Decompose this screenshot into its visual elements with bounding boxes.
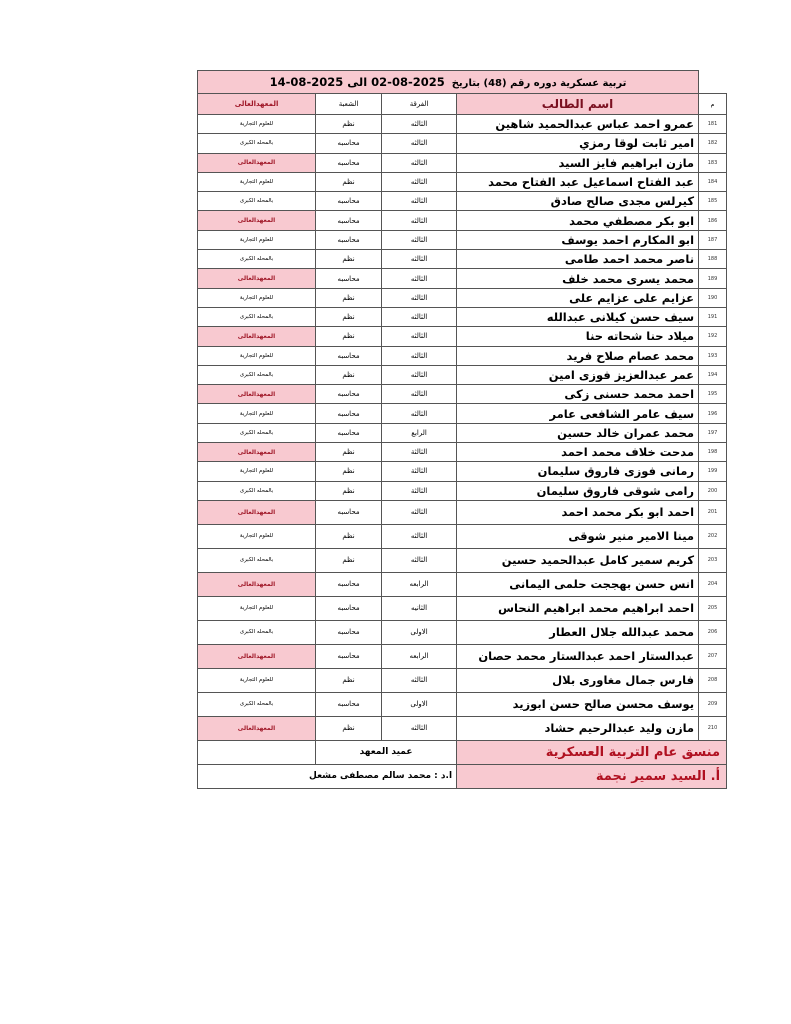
row-branch: نظم bbox=[316, 524, 382, 548]
row-serial: 207 bbox=[699, 644, 727, 668]
row-institute: المعهدالعالى bbox=[198, 572, 316, 596]
row-student-name: ابو المكارم احمد يوسف bbox=[457, 230, 699, 249]
title-spacer bbox=[699, 71, 727, 94]
row-institute: للعلوم التجارية bbox=[198, 115, 316, 134]
table-row: 188ناصر محمد احمد طامىالثالثهنظمبالمحله … bbox=[198, 250, 727, 269]
row-serial: 196 bbox=[699, 404, 727, 423]
table-row: 200رامى شوقى فاروق سليمانالثالثةنظمبالمح… bbox=[198, 481, 727, 500]
table-row: 202مينا الامير منير شوقىالثالثهنظمللعلوم… bbox=[198, 524, 727, 548]
row-institute: بالمحله الكبرى bbox=[198, 481, 316, 500]
row-institute: بالمحله الكبرى bbox=[198, 548, 316, 572]
row-branch: نظم bbox=[316, 288, 382, 307]
table-row: 184عبد الفتاح اسماعيل عبد الفتاح محمدالث… bbox=[198, 172, 727, 191]
dean-name: ا.د : محمد سالم مصطفى مشعل bbox=[198, 764, 457, 788]
footer-row-titles: منسق عام التربية العسكرية عميد المعهد bbox=[198, 740, 727, 764]
row-student-name: رامى شوقى فاروق سليمان bbox=[457, 481, 699, 500]
row-institute: المعهدالعالى bbox=[198, 644, 316, 668]
row-student-name: سيف عامر الشافعى عامر bbox=[457, 404, 699, 423]
row-serial: 193 bbox=[699, 346, 727, 365]
row-year: الثالثه bbox=[382, 269, 457, 288]
row-year: الثالثه bbox=[382, 668, 457, 692]
row-serial: 194 bbox=[699, 365, 727, 384]
row-student-name: عزايم على عزايم على bbox=[457, 288, 699, 307]
students-table: تربية عسكرية دوره رقم (48) بتاريخ 2025-0… bbox=[197, 70, 727, 789]
table-row: 194عمر عبدالعزيز فوزى امينالثالثهنظمبالم… bbox=[198, 365, 727, 384]
row-branch: محاسبه bbox=[316, 346, 382, 365]
row-branch: نظم bbox=[316, 481, 382, 500]
header-institute: المعهدالعالى bbox=[198, 94, 316, 115]
table-row: 210مازن وليد عبدالرحيم حشادالثالثهنظمالم… bbox=[198, 716, 727, 740]
row-student-name: عمرو احمد عباس عبدالحميد شاهين bbox=[457, 115, 699, 134]
row-student-name: كريم سمير كامل عبدالحميد حسين bbox=[457, 548, 699, 572]
row-branch: نظم bbox=[316, 668, 382, 692]
row-student-name: عبد الفتاح اسماعيل عبد الفتاح محمد bbox=[457, 172, 699, 191]
row-branch: نظم bbox=[316, 548, 382, 572]
row-institute: للعلوم التجارية bbox=[198, 288, 316, 307]
table-row: 185كيرلس مجدى صالح صادقالثالثهمحاسبهبالم… bbox=[198, 192, 727, 211]
table-row: 206محمد عبدالله جلال العطارالاولىمحاسبهب… bbox=[198, 620, 727, 644]
header-row: م اسم الطالب الفرقة الشعبة المعهدالعالى bbox=[198, 94, 727, 115]
row-student-name: محمد عبدالله جلال العطار bbox=[457, 620, 699, 644]
row-serial: 187 bbox=[699, 230, 727, 249]
row-branch: محاسبه bbox=[316, 500, 382, 524]
row-serial: 198 bbox=[699, 443, 727, 462]
row-year: الثالثه bbox=[382, 288, 457, 307]
row-year: الثالثة bbox=[382, 443, 457, 462]
title-row: تربية عسكرية دوره رقم (48) بتاريخ 2025-0… bbox=[198, 71, 727, 94]
table-row: 197محمد عمران خالد حسينالرابعمحاسبهبالمح… bbox=[198, 423, 727, 442]
row-year: الثالثه bbox=[382, 230, 457, 249]
row-year: الثالثه bbox=[382, 548, 457, 572]
row-branch: نظم bbox=[316, 327, 382, 346]
row-branch: نظم bbox=[316, 115, 382, 134]
table-row: 209يوسف محسن صالح حسن ابوزيدالاولىمحاسبه… bbox=[198, 692, 727, 716]
row-student-name: محمد عمران خالد حسين bbox=[457, 423, 699, 442]
row-branch: نظم bbox=[316, 365, 382, 384]
student-list-sheet: تربية عسكرية دوره رقم (48) بتاريخ 2025-0… bbox=[197, 70, 726, 789]
row-student-name: مينا الامير منير شوقى bbox=[457, 524, 699, 548]
row-year: الثالثه bbox=[382, 211, 457, 230]
row-serial: 197 bbox=[699, 423, 727, 442]
row-serial: 208 bbox=[699, 668, 727, 692]
table-row: 196سيف عامر الشافعى عامرالثالثهمحاسبهللع… bbox=[198, 404, 727, 423]
row-institute: للعلوم التجارية bbox=[198, 524, 316, 548]
row-year: الرابعه bbox=[382, 572, 457, 596]
row-institute: للعلوم التجارية bbox=[198, 172, 316, 191]
row-student-name: رمانى فوزى فاروق سليمان bbox=[457, 462, 699, 481]
row-branch: نظم bbox=[316, 443, 382, 462]
row-year: الثالثه bbox=[382, 500, 457, 524]
row-student-name: ابو بكر مصطفي محمد bbox=[457, 211, 699, 230]
table-row: 207عبدالستار احمد عبدالستار محمد حصانالر… bbox=[198, 644, 727, 668]
row-serial: 200 bbox=[699, 481, 727, 500]
row-student-name: مازن وليد عبدالرحيم حشاد bbox=[457, 716, 699, 740]
row-serial: 185 bbox=[699, 192, 727, 211]
row-serial: 204 bbox=[699, 572, 727, 596]
row-student-name: محمد يسرى محمد خلف bbox=[457, 269, 699, 288]
row-student-name: كيرلس مجدى صالح صادق bbox=[457, 192, 699, 211]
row-student-name: ناصر محمد احمد طامى bbox=[457, 250, 699, 269]
row-year: الرابع bbox=[382, 423, 457, 442]
row-institute: بالمحله الكبرى bbox=[198, 365, 316, 384]
row-student-name: يوسف محسن صالح حسن ابوزيد bbox=[457, 692, 699, 716]
row-serial: 201 bbox=[699, 500, 727, 524]
header-branch: الشعبة bbox=[316, 94, 382, 115]
row-institute: للعلوم التجارية bbox=[198, 668, 316, 692]
row-student-name: محمد عصام صلاح فريد bbox=[457, 346, 699, 365]
footer-empty-cell bbox=[198, 740, 316, 764]
row-serial: 199 bbox=[699, 462, 727, 481]
row-institute: للعلوم التجارية bbox=[198, 596, 316, 620]
row-institute: بالمحله الكبرى bbox=[198, 620, 316, 644]
row-serial: 203 bbox=[699, 548, 727, 572]
row-year: الثالثه bbox=[382, 134, 457, 153]
row-year: الثالثه bbox=[382, 327, 457, 346]
row-institute: للعلوم التجارية bbox=[198, 230, 316, 249]
row-year: الثالثه bbox=[382, 192, 457, 211]
table-row: 181عمرو احمد عباس عبدالحميد شاهينالثالثه… bbox=[198, 115, 727, 134]
row-serial: 192 bbox=[699, 327, 727, 346]
row-institute: المعهدالعالى bbox=[198, 716, 316, 740]
dean-title: عميد المعهد bbox=[316, 740, 457, 764]
row-student-name: احمد محمد حسنى زكى bbox=[457, 385, 699, 404]
table-row: 189محمد يسرى محمد خلفالثالثهمحاسبهالمعهد… bbox=[198, 269, 727, 288]
row-serial: 184 bbox=[699, 172, 727, 191]
table-row: 182امير ثابت لوقا رمزيالثالثهمحاسبهبالمح… bbox=[198, 134, 727, 153]
row-institute: المعهدالعالى bbox=[198, 153, 316, 172]
row-year: الثالثه bbox=[382, 250, 457, 269]
row-branch: نظم bbox=[316, 172, 382, 191]
title-text: تربية عسكرية دوره رقم (48) بتاريخ bbox=[452, 78, 627, 89]
row-year: الاولى bbox=[382, 620, 457, 644]
table-row: 208فارس جمال مغاورى بلالالثالثهنظمللعلوم… bbox=[198, 668, 727, 692]
row-year: الثالثه bbox=[382, 716, 457, 740]
row-serial: 210 bbox=[699, 716, 727, 740]
table-row: 198مدحت خلاف محمد احمدالثالثةنظمالمعهدال… bbox=[198, 443, 727, 462]
row-serial: 202 bbox=[699, 524, 727, 548]
table-row: 191سيف حسن كيلانى عبداللهالثالثهنظمبالمح… bbox=[198, 307, 727, 326]
row-student-name: احمد ابراهيم محمد ابراهيم النحاس bbox=[457, 596, 699, 620]
row-year: الاولى bbox=[382, 692, 457, 716]
footer-row-names: أ. السيد سمير نجمة ا.د : محمد سالم مصطفى… bbox=[198, 764, 727, 788]
table-row: 203كريم سمير كامل عبدالحميد حسينالثالثهن… bbox=[198, 548, 727, 572]
row-serial: 182 bbox=[699, 134, 727, 153]
row-student-name: سيف حسن كيلانى عبدالله bbox=[457, 307, 699, 326]
row-branch: محاسبه bbox=[316, 269, 382, 288]
row-institute: المعهدالعالى bbox=[198, 211, 316, 230]
row-serial: 195 bbox=[699, 385, 727, 404]
row-branch: محاسبه bbox=[316, 644, 382, 668]
row-branch: محاسبه bbox=[316, 423, 382, 442]
row-year: الثالثه bbox=[382, 172, 457, 191]
row-institute: المعهدالعالى bbox=[198, 327, 316, 346]
table-row: 183مازن ابراهيم فايز السيدالثالثهمحاسبها… bbox=[198, 153, 727, 172]
row-institute: للعلوم التجارية bbox=[198, 462, 316, 481]
document-title: تربية عسكرية دوره رقم (48) بتاريخ 2025-0… bbox=[198, 71, 699, 94]
row-serial: 189 bbox=[699, 269, 727, 288]
row-branch: محاسبه bbox=[316, 211, 382, 230]
row-serial: 188 bbox=[699, 250, 727, 269]
row-branch: نظم bbox=[316, 462, 382, 481]
table-row: 205احمد ابراهيم محمد ابراهيم النحاسالثان… bbox=[198, 596, 727, 620]
row-serial: 186 bbox=[699, 211, 727, 230]
table-row: 204انس حسن بهججت حلمى اليمانىالرابعهمحاس… bbox=[198, 572, 727, 596]
row-student-name: مدحت خلاف محمد احمد bbox=[457, 443, 699, 462]
row-institute: بالمحله الكبرى bbox=[198, 423, 316, 442]
row-branch: محاسبه bbox=[316, 404, 382, 423]
table-row: 195احمد محمد حسنى زكىالثالثهمحاسبهالمعهد… bbox=[198, 385, 727, 404]
row-year: الثالثه bbox=[382, 346, 457, 365]
row-student-name: عمر عبدالعزيز فوزى امين bbox=[457, 365, 699, 384]
row-student-name: انس حسن بهججت حلمى اليمانى bbox=[457, 572, 699, 596]
header-name: اسم الطالب bbox=[457, 94, 699, 115]
row-branch: محاسبه bbox=[316, 192, 382, 211]
row-year: الرابعه bbox=[382, 644, 457, 668]
header-year: الفرقة bbox=[382, 94, 457, 115]
row-student-name: احمد ابو بكر محمد احمد bbox=[457, 500, 699, 524]
row-serial: 209 bbox=[699, 692, 727, 716]
row-serial: 183 bbox=[699, 153, 727, 172]
row-institute: المعهدالعالى bbox=[198, 500, 316, 524]
table-row: 190عزايم على عزايم علىالثالثهنظمللعلوم ا… bbox=[198, 288, 727, 307]
row-institute: بالمحله الكبرى bbox=[198, 134, 316, 153]
row-year: الثالثه bbox=[382, 404, 457, 423]
row-student-name: امير ثابت لوقا رمزي bbox=[457, 134, 699, 153]
row-serial: 190 bbox=[699, 288, 727, 307]
row-branch: محاسبه bbox=[316, 134, 382, 153]
row-branch: نظم bbox=[316, 307, 382, 326]
date-range: 2025-08-02 الى 2025-08-14 bbox=[270, 75, 445, 89]
row-year: الثالثه bbox=[382, 385, 457, 404]
row-serial: 205 bbox=[699, 596, 727, 620]
row-institute: للعلوم التجارية bbox=[198, 346, 316, 365]
row-branch: محاسبه bbox=[316, 596, 382, 620]
header-serial: م bbox=[699, 94, 727, 115]
row-year: الثالثه bbox=[382, 524, 457, 548]
row-year: الثالثة bbox=[382, 481, 457, 500]
row-year: الثالثه bbox=[382, 115, 457, 134]
row-institute: بالمحله الكبرى bbox=[198, 250, 316, 269]
row-branch: محاسبه bbox=[316, 230, 382, 249]
row-serial: 191 bbox=[699, 307, 727, 326]
row-institute: بالمحله الكبرى bbox=[198, 307, 316, 326]
row-branch: محاسبه bbox=[316, 620, 382, 644]
row-year: الثالثه bbox=[382, 365, 457, 384]
row-year: الثالثة bbox=[382, 462, 457, 481]
row-institute: بالمحله الكبرى bbox=[198, 192, 316, 211]
coordinator-name: أ. السيد سمير نجمة bbox=[457, 764, 727, 788]
row-branch: محاسبه bbox=[316, 572, 382, 596]
coordinator-title: منسق عام التربية العسكرية bbox=[457, 740, 727, 764]
row-institute: المعهدالعالى bbox=[198, 443, 316, 462]
table-row: 192ميلاد حنا شحاته حناالثالثهنظمالمعهدال… bbox=[198, 327, 727, 346]
row-institute: للعلوم التجارية bbox=[198, 404, 316, 423]
row-branch: محاسبه bbox=[316, 692, 382, 716]
row-serial: 181 bbox=[699, 115, 727, 134]
row-student-name: ميلاد حنا شحاته حنا bbox=[457, 327, 699, 346]
row-institute: بالمحله الكبرى bbox=[198, 692, 316, 716]
row-branch: محاسبه bbox=[316, 153, 382, 172]
table-row: 186ابو بكر مصطفي محمدالثالثهمحاسبهالمعهد… bbox=[198, 211, 727, 230]
row-branch: محاسبه bbox=[316, 385, 382, 404]
row-institute: المعهدالعالى bbox=[198, 385, 316, 404]
row-branch: نظم bbox=[316, 716, 382, 740]
row-branch: نظم bbox=[316, 250, 382, 269]
table-row: 199رمانى فوزى فاروق سليمانالثالثةنظمللعل… bbox=[198, 462, 727, 481]
table-row: 187ابو المكارم احمد يوسفالثالثهمحاسبهللع… bbox=[198, 230, 727, 249]
row-student-name: مازن ابراهيم فايز السيد bbox=[457, 153, 699, 172]
table-row: 193محمد عصام صلاح فريدالثالثهمحاسبهللعلو… bbox=[198, 346, 727, 365]
table-row: 201احمد ابو بكر محمد احمدالثالثهمحاسبهال… bbox=[198, 500, 727, 524]
row-year: الثانيه bbox=[382, 596, 457, 620]
row-institute: المعهدالعالى bbox=[198, 269, 316, 288]
row-student-name: عبدالستار احمد عبدالستار محمد حصان bbox=[457, 644, 699, 668]
row-year: الثالثه bbox=[382, 307, 457, 326]
row-student-name: فارس جمال مغاورى بلال bbox=[457, 668, 699, 692]
row-serial: 206 bbox=[699, 620, 727, 644]
row-year: الثالثه bbox=[382, 153, 457, 172]
